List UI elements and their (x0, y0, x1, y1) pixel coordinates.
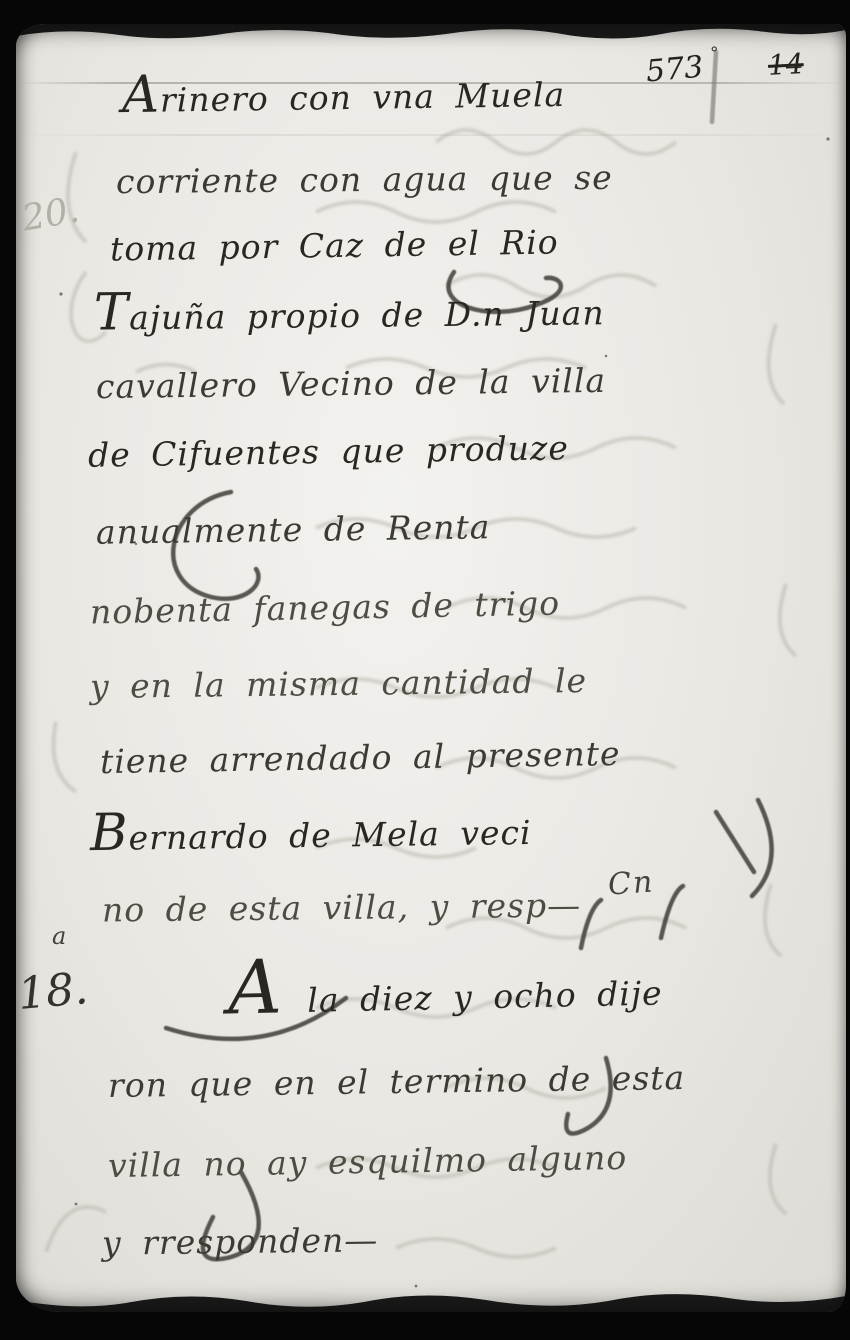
folio-number: 573 (645, 50, 705, 90)
manuscript-line: de Cifuentes que produze (88, 430, 569, 474)
manuscript-scan: 573 ° 14 20. a 18. Arinero con vna Muela… (0, 0, 850, 1340)
crossed-out-page-number: 14 (767, 47, 804, 82)
manuscript-line: Bernardo de Mela veci (90, 809, 532, 857)
manuscript-page: 573 ° 14 20. a 18. Arinero con vna Muela… (16, 24, 846, 1312)
manuscript-line: Tajuña propio de D.n Juan (94, 289, 605, 337)
manuscript-line: corriente con agua que se (116, 160, 613, 201)
torn-edge-bottom (16, 1294, 846, 1312)
manuscript-line: ron que en el termino de esta (108, 1060, 686, 1104)
margin-question-number: 18. (16, 963, 90, 1020)
paper-crease (16, 134, 846, 136)
manuscript-line: y rresponden— (102, 1222, 379, 1262)
manuscript-line: A la diez y ocho dije (227, 957, 662, 1020)
torn-edge-top (16, 24, 846, 39)
interlinear-correction: Cn (607, 864, 656, 902)
manuscript-line: Arinero con vna Muela (122, 71, 566, 119)
manuscript-line: nobenta fanegas de trigo (90, 585, 561, 630)
manuscript-line: cavallero Vecino de la villa (96, 363, 606, 406)
manuscript-line: no de esta villa, y resp— (102, 887, 581, 928)
margin-faint-number: 20. (19, 189, 83, 239)
manuscript-line: toma por Caz de el Rio (110, 224, 559, 267)
manuscript-line: tiene arrendado al presente (100, 736, 621, 780)
manuscript-line: villa no ay esquilmo alguno (108, 1140, 628, 1184)
manuscript-line: anualmente de Renta (96, 509, 491, 551)
margin-question-superscript: a (52, 922, 66, 950)
folio-number-mark: ° (710, 44, 719, 64)
manuscript-line: y en la misma cantidad le (90, 663, 588, 705)
